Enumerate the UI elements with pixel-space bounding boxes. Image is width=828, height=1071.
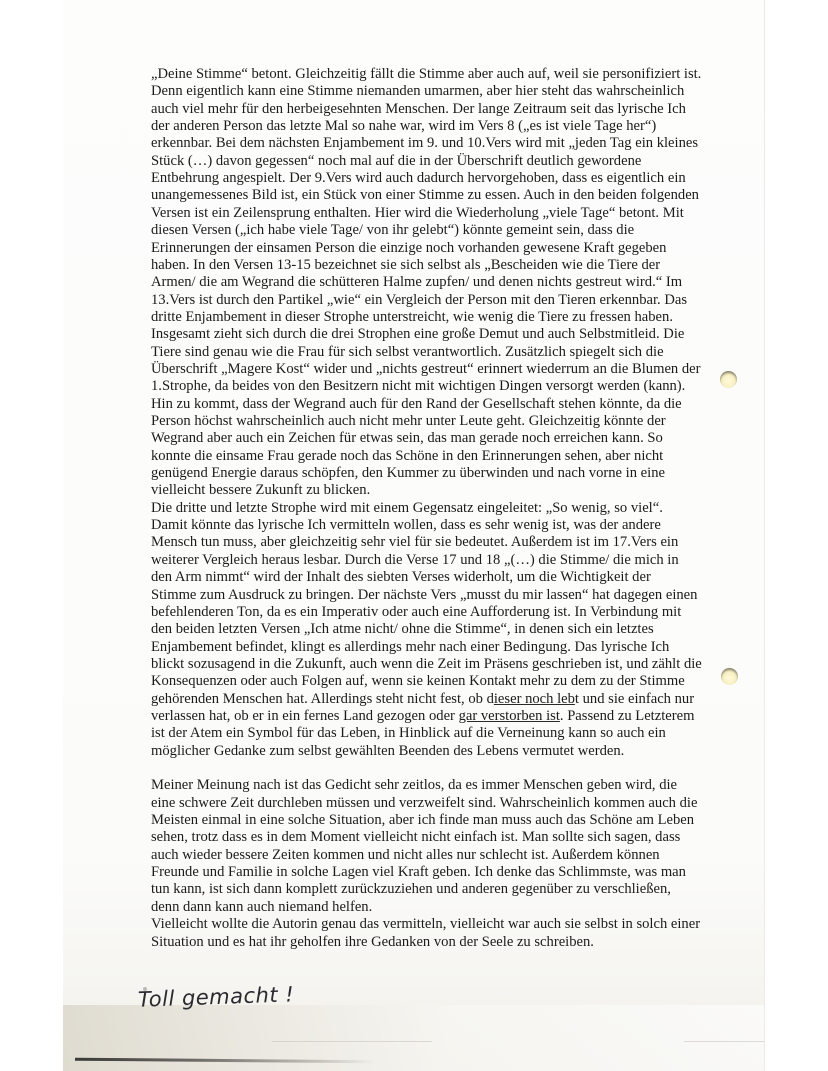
text-line: ist der Atem ein Symbol für das Leben, i…: [151, 725, 666, 742]
text-line: Entbehrung angespielt. Der 9.Vers wird a…: [151, 170, 686, 187]
text-line: tun kann, ist sich dann komplett zurückz…: [151, 881, 671, 898]
text-line: weiterer Vergleich heraus lesbar. Durch …: [151, 552, 679, 569]
text-line: eine schwere Zeit durchleben müssen und …: [151, 795, 697, 812]
text-line: Enjambement befindet, klingt es allerdin…: [151, 639, 669, 656]
text-line: auch wieder bessere Zeiten kommen und ni…: [151, 847, 660, 864]
text-line: Person höchst wahrscheinlich auch nicht …: [151, 413, 666, 430]
text-line: Die dritte und letzte Strophe wird mit e…: [151, 500, 663, 517]
text-line: Hin zu kommt, dass der Wegrand auch für …: [151, 396, 682, 413]
text-line: Wegrand aber auch ein Zeichen für etwas …: [151, 430, 663, 447]
text-line: Stimme zum Ausdruck zu bringen. Der näch…: [151, 587, 697, 604]
text-line: den beiden letzten Versen „Ich atme nich…: [151, 621, 654, 638]
text-line: genügend Energie daraus schöpfen, den Ku…: [151, 465, 665, 482]
text-line: dritte Enjambement in dieser Strophe unt…: [151, 309, 673, 326]
text-line: blickt sozusagend in die Zukunft, auch w…: [151, 656, 702, 673]
text-line: Insgesamt zieht sich durch die drei Stro…: [151, 326, 684, 343]
text-line: Stück (…) davon gegessen“ noch mal auf d…: [151, 153, 641, 170]
punch-hole-top: [720, 371, 737, 388]
text-line: sehen, trotz dass es in dem Moment viell…: [151, 829, 680, 846]
punch-hole-bottom: [721, 668, 738, 685]
text-line: Tiere sind genau wie die Frau für sich s…: [151, 344, 664, 361]
text-line: gehörenden Menschen hat. Allerdings steh…: [151, 691, 694, 708]
text-line: konnte die einsame Frau gerade noch das …: [151, 448, 663, 465]
text-line: Überschrift „Magere Kost“ wider und „nic…: [151, 361, 701, 378]
text-line: Situation und es hat ihr geholfen ihre G…: [151, 934, 594, 951]
text-line: Konsequenzen oder auch Folgen auf, wenn …: [151, 673, 685, 690]
text-line: auch viel mehr für den herbeigesehnten M…: [151, 101, 686, 118]
text-line: Damit könnte das lyrische Ich vermitteln…: [151, 517, 661, 534]
text-line: befehlenderen Ton, da es ein Imperativ o…: [151, 604, 681, 621]
text-line: unangemessenes Bild ist, ein Stück von e…: [151, 187, 699, 204]
text-line: Vielleicht wollte die Autorin genau das …: [151, 916, 700, 933]
text-line: erkennbar. Bei dem nächsten Enjambement …: [151, 135, 698, 152]
text-line: Mensch tun muss, aber gleichzeitig sehr …: [151, 534, 678, 551]
text-line: verlassen hat, ob er in ein fernes Land …: [151, 708, 694, 725]
text-line: denn dann kann auch niemand helfen.: [151, 899, 372, 916]
text-line: 13.Vers ist durch den Partikel „wie“ ein…: [151, 292, 687, 309]
text-line: haben. In den Versen 13-15 bezeichnet si…: [151, 257, 660, 274]
text-line: Meisten einmal in eine solche Situation,…: [151, 812, 694, 829]
text-line: Denn eigentlich kann eine Stimme niemand…: [151, 83, 684, 100]
text-line: Freunde und Familie in solche Lagen viel…: [151, 864, 686, 881]
text-line: diesen Versen („ich habe viele Tage/ von…: [151, 222, 634, 239]
text-line: „Deine Stimme“ betont. Gleichzeitig fäll…: [151, 66, 701, 83]
text-line: Versen ist ein Zeilensprung enthalten. H…: [151, 205, 684, 222]
teacher-underline-mark: ieser noch leb: [494, 691, 575, 707]
faint-ruled-line: [684, 1041, 764, 1042]
text-line: der anderen Person das letzte Mal so nah…: [151, 118, 656, 135]
faint-ruled-line: [272, 1041, 432, 1042]
text-line: den Arm nimmt“ wird der Inhalt des siebt…: [151, 569, 651, 586]
text-line: 1.Strophe, da beides von den Besitzern n…: [151, 378, 685, 395]
text-line: Erinnerungen der einsamen Person die ein…: [151, 240, 666, 257]
text-line: Armen/ die am Wegrand die schütteren Hal…: [151, 274, 682, 291]
text-line: vielleicht bessere Zukunft zu blicken.: [151, 482, 370, 499]
text-line: möglicher Gedanke zum selbst gewählten B…: [151, 743, 624, 760]
teacher-underline-mark: gar verstorben ist: [459, 708, 560, 724]
text-line: Meiner Meinung nach ist das Gedicht sehr…: [151, 777, 677, 794]
